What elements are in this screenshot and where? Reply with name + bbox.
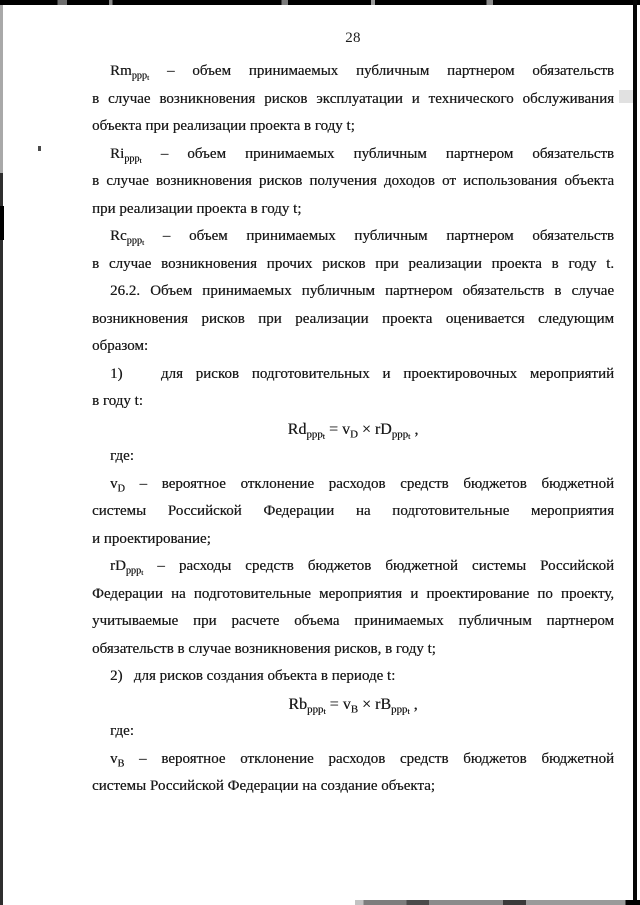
text-run: 1) для рисков подготовительных и проекти… <box>110 366 614 382</box>
subscript-text: ppp <box>307 703 323 715</box>
line-where-2: где: <box>92 718 614 746</box>
text-run: в случае возникновения рисков эксплуатац… <box>92 91 614 107</box>
text-run: образом: <box>92 338 148 354</box>
subscript-text: ppp <box>124 153 139 164</box>
line-vd-definition-1: vD – вероятное отклонение расходов средс… <box>92 471 614 499</box>
line-where-1: где: <box>92 443 614 471</box>
line-rc-definition-2: в случае возникновения прочих рисков при… <box>92 251 614 279</box>
line-item-1-b: в году t: <box>92 388 614 416</box>
text-run: в году t: <box>92 393 143 409</box>
line-ri-definition-3: при реализации проекта в году t; <box>92 196 614 224</box>
text-run: в случае возникновения прочих рисков при… <box>92 256 614 272</box>
line-vd-definition-3: и проектирование; <box>92 526 614 554</box>
subscript-text: D <box>350 428 358 440</box>
text-run: обязательств в случае возникновения риск… <box>92 641 436 657</box>
text-run: в случае возникновения рисков получения … <box>92 173 614 189</box>
text-run: – объем принимаемых публичным партнером … <box>142 146 614 162</box>
line-rd-definition-2: Федерации на подготовительные мероприяти… <box>92 581 614 609</box>
subscript-text: ppp <box>127 235 142 246</box>
text-run: Rb <box>288 696 307 713</box>
line-ri-definition-1: Ripppt – объем принимаемых публичным пар… <box>92 141 614 169</box>
text-run: где: <box>110 448 134 464</box>
text-run: Rm <box>110 63 132 79</box>
line-rd-definition-1: rDpppt – расходы средств бюджетов бюджет… <box>92 553 614 581</box>
text-run: – вероятное отклонение расходов средств … <box>125 476 614 492</box>
scan-artifact-left-border <box>0 173 3 905</box>
line-ri-definition-2: в случае возникновения рисков получения … <box>92 168 614 196</box>
text-run: – расходы средств бюджетов бюджетной сис… <box>143 558 614 574</box>
text-run: учитываемые при расчете объема принимаем… <box>92 613 614 629</box>
line-clause-26-2-3: образом: <box>92 333 614 361</box>
scan-artifact-bottom-border <box>355 900 640 905</box>
document-body: Rmpppt – объем принимаемых публичным пар… <box>92 58 614 801</box>
subscript-text: ppp <box>306 428 322 440</box>
subscript-text: D <box>118 483 125 494</box>
text-run: где: <box>110 723 134 739</box>
text-run: объекта при реализации проекта в году t; <box>92 118 355 134</box>
text-run: – вероятное отклонение расходов средств … <box>124 751 614 767</box>
line-rm-definition-2: в случае возникновения рисков эксплуатац… <box>92 86 614 114</box>
page-number: 28 <box>92 28 614 48</box>
text-run: при реализации проекта в году t; <box>92 201 301 217</box>
line-vb-definition-1: vB – вероятное отклонение расходов средс… <box>92 746 614 774</box>
scanned-document-page: 28 Rmpppt – объем принимаемых публичным … <box>0 0 640 905</box>
subscript-text: ppp <box>126 565 141 576</box>
text-run: системы Российской Федерации на создание… <box>92 778 435 794</box>
line-rd-definition-3: учитываемые при расчете объема принимаем… <box>92 608 614 636</box>
text-run: Rc <box>110 228 127 244</box>
line-rm-definition-1: Rmpppt – объем принимаемых публичным пар… <box>92 58 614 86</box>
text-run: Rd <box>288 421 307 438</box>
subscript-text: ppp <box>132 70 147 81</box>
text-run: и проектирование; <box>92 531 211 547</box>
page-content: 28 Rmpppt – объем принимаемых публичным … <box>92 28 614 801</box>
scan-artifact-left-dash <box>0 206 4 240</box>
text-run: – объем принимаемых публичным партнером … <box>149 63 614 79</box>
text-run: 26.2. Объем принимаемых публичным партне… <box>110 283 614 299</box>
subscript-text: ppp <box>391 703 407 715</box>
text-run: = v <box>325 421 350 438</box>
text-run: , <box>410 696 418 713</box>
text-run: возникновения рисков при реализации прое… <box>92 311 614 327</box>
scan-artifact-smudge <box>619 90 633 103</box>
line-clause-26-2-1: 26.2. Объем принимаемых публичным партне… <box>92 278 614 306</box>
scan-artifact-left-border-top <box>0 5 3 173</box>
text-run: × rD <box>358 421 392 438</box>
text-run: 2) для рисков создания объекта в периоде… <box>110 668 395 684</box>
line-clause-26-2-2: возникновения рисков при реализации прое… <box>92 306 614 334</box>
line-rc-definition-1: Rcpppt – объем принимаемых публичным пар… <box>92 223 614 251</box>
text-run: rD <box>110 558 126 574</box>
scan-artifact-speck <box>38 146 41 151</box>
subscript-text: ppp <box>392 428 408 440</box>
text-run: = v <box>326 696 351 713</box>
text-run: Федерации на подготовительные мероприяти… <box>92 586 614 602</box>
text-run: , <box>410 421 418 438</box>
formula-rb: Rbpppt = vB × rBpppt , <box>92 691 614 719</box>
text-run: – объем принимаемых публичным партнером … <box>144 228 614 244</box>
line-item-2: 2) для рисков создания объекта в периоде… <box>92 663 614 691</box>
line-vd-definition-2: системы Российской Федерации на подготов… <box>92 498 614 526</box>
line-item-1-a: 1) для рисков подготовительных и проекти… <box>92 361 614 389</box>
scan-artifact-top-border <box>0 0 640 5</box>
text-run: v <box>110 476 118 492</box>
scan-artifact-right-border <box>633 0 637 905</box>
line-rd-definition-4: обязательств в случае возникновения риск… <box>92 636 614 664</box>
subscript-text: B <box>351 703 358 715</box>
formula-rd: Rdpppt = vD × rDpppt , <box>92 416 614 444</box>
text-run: × rB <box>358 696 391 713</box>
text-run: v <box>110 751 118 767</box>
text-run: системы Российской Федерации на подготов… <box>92 503 614 519</box>
line-vb-definition-2: системы Российской Федерации на создание… <box>92 773 614 801</box>
text-run: Ri <box>110 146 124 162</box>
line-rm-definition-3: объекта при реализации проекта в году t; <box>92 113 614 141</box>
